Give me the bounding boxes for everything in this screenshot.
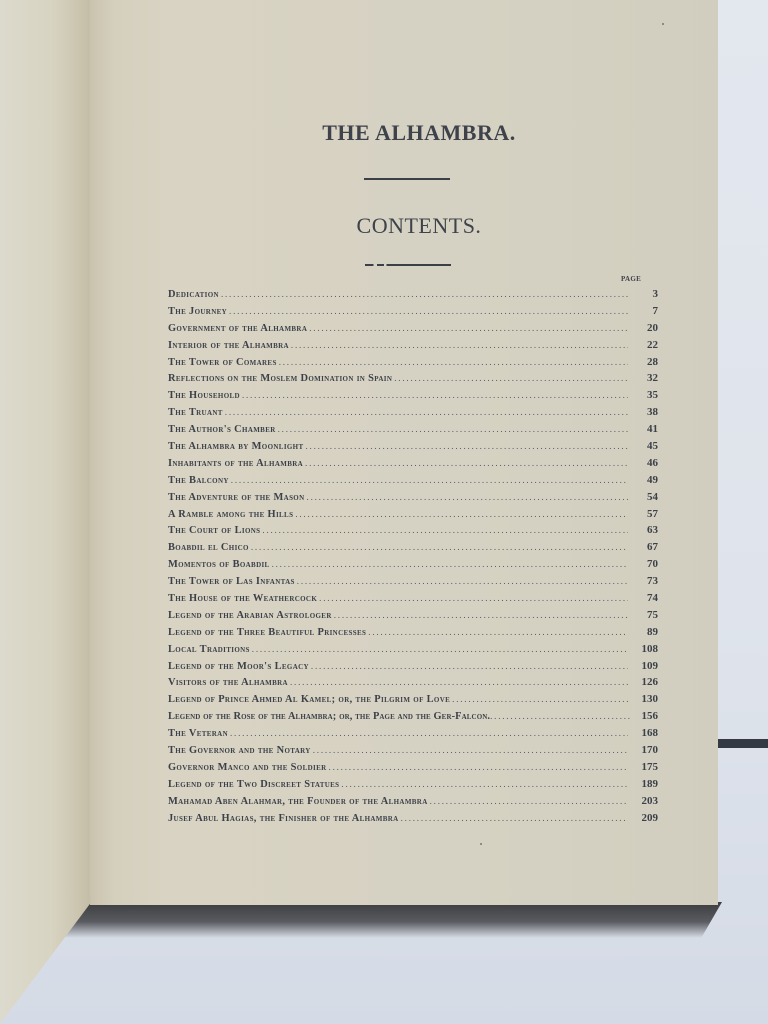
toc-entry-page: 73 [630, 575, 658, 587]
leader-dots [452, 694, 628, 704]
toc-entry: Jusef Abul Hagias, the Finisher of the A… [168, 812, 658, 829]
toc-entry-title: The Truant [168, 407, 223, 418]
toc-entry-page: 49 [630, 474, 658, 486]
toc-entry-title: The Adventure of the Mason [168, 492, 305, 503]
book-title: THE ALHAMBRA. [90, 120, 718, 146]
toc-entry-page: 74 [630, 592, 658, 604]
toc-entry: Legend of the Two Discreet Statues189 [168, 778, 658, 795]
toc-entry: The Tower of Comares28 [168, 356, 658, 373]
toc-entry-page: 22 [630, 339, 658, 351]
toc-entry-page: 175 [630, 761, 658, 773]
leader-dots [313, 745, 628, 755]
toc-entry-page: 3 [630, 288, 658, 300]
toc-entry-title: The Court of Lions [168, 525, 260, 536]
toc-entry-title: Local Traditions [168, 644, 250, 655]
leader-dots [231, 475, 628, 485]
book-page: THE ALHAMBRA. CONTENTS. PAGE Dedication3… [90, 0, 718, 905]
toc-entry-page: 67 [630, 541, 658, 553]
toc-entry-title: Mahamad Aben Alahmar, the Founder of the… [168, 796, 428, 807]
toc-entry-title: The Veteran [168, 728, 228, 739]
toc-entry: Legend of Prince Ahmed Al Kamel; or, the… [168, 693, 658, 710]
toc-entry: Inhabitants of the Alhambra46 [168, 457, 658, 474]
toc-entry-title: Visitors of the Alhambra [168, 677, 288, 688]
page-column-label: PAGE [621, 275, 641, 283]
toc-entry-page: 57 [630, 508, 658, 520]
toc-entry-page: 45 [630, 440, 658, 452]
toc-entry-page: 20 [630, 322, 658, 334]
leader-dots [430, 796, 628, 806]
leader-dots [229, 306, 628, 316]
leader-dots [311, 661, 628, 671]
toc-entry: Reflections on the Moslem Domination in … [168, 372, 658, 389]
toc-entry: The Tower of Las Infantas73 [168, 575, 658, 592]
leader-dots [295, 509, 628, 519]
leader-dots [278, 424, 628, 434]
leader-dots [334, 610, 628, 620]
paper-speck [662, 23, 664, 25]
toc-entry-page: 41 [630, 423, 658, 435]
leader-dots [490, 711, 630, 721]
leader-dots [401, 813, 628, 823]
table-of-contents: Dedication3 The Journey7 Government of t… [168, 288, 658, 829]
toc-entry-title: Legend of the Arabian Astrologer [168, 610, 332, 621]
leader-dots [319, 593, 628, 603]
toc-entry-page: 108 [630, 643, 658, 655]
toc-entry: The Balcony49 [168, 474, 658, 491]
leader-dots [290, 677, 628, 687]
facing-page-left [0, 0, 92, 1024]
title-rule [364, 178, 450, 180]
toc-entry-page: 70 [630, 558, 658, 570]
toc-entry-title: The Governor and the Notary [168, 745, 311, 756]
toc-entry-page: 89 [630, 626, 658, 638]
toc-entry: Mahamad Aben Alahmar, the Founder of the… [168, 795, 658, 812]
leader-dots [291, 340, 628, 350]
toc-entry-page: 130 [630, 693, 658, 705]
toc-entry-title: Governor Manco and the Soldier [168, 762, 327, 773]
leader-dots [272, 559, 628, 569]
heading-rule [365, 264, 451, 266]
toc-entry: Legend of the Rose of the Alhambra; or, … [168, 710, 658, 727]
leader-dots [309, 323, 628, 333]
toc-entry-title: The Balcony [168, 475, 229, 486]
toc-entry: The Author's Chamber41 [168, 423, 658, 440]
toc-entry-page: 189 [630, 778, 658, 790]
toc-entry-title: Legend of the Moor's Legacy [168, 661, 309, 672]
leader-dots [221, 289, 628, 299]
toc-entry-page: 209 [630, 812, 658, 824]
toc-entry-page: 46 [630, 457, 658, 469]
leader-dots [341, 779, 628, 789]
toc-entry-page: 203 [630, 795, 658, 807]
leader-dots [225, 407, 628, 417]
toc-entry-title: Interior of the Alhambra [168, 340, 289, 351]
toc-entry-title: The House of the Weathercock [168, 593, 317, 604]
leader-dots [252, 644, 628, 654]
toc-entry: Legend of the Three Beautiful Princesses… [168, 626, 658, 643]
paper-speck [480, 843, 482, 845]
toc-entry-page: 126 [630, 676, 658, 688]
toc-entry-title: Legend of Prince Ahmed Al Kamel; or, the… [168, 694, 450, 705]
toc-entry-page: 63 [630, 524, 658, 536]
leader-dots [306, 441, 629, 451]
toc-entry-page: 168 [630, 727, 658, 739]
toc-entry: The Governor and the Notary170 [168, 744, 658, 761]
toc-entry: The Court of Lions63 [168, 524, 658, 541]
toc-entry-title: Boabdil el Chico [168, 542, 249, 553]
toc-entry: Government of the Alhambra20 [168, 322, 658, 339]
toc-entry-page: 32 [630, 372, 658, 384]
leader-dots [307, 492, 628, 502]
toc-entry-page: 38 [630, 406, 658, 418]
toc-entry-title: The Tower of Las Infantas [168, 576, 295, 587]
toc-entry: Visitors of the Alhambra126 [168, 676, 658, 693]
leader-dots [368, 627, 628, 637]
toc-entry-title: Legend of the Two Discreet Statues [168, 779, 339, 790]
toc-entry-title: The Tower of Comares [168, 357, 277, 368]
toc-entry-title: The Household [168, 390, 240, 401]
toc-entry: The Journey7 [168, 305, 658, 322]
toc-entry-title: Reflections on the Moslem Domination in … [168, 373, 392, 384]
leader-dots [394, 373, 628, 383]
toc-entry: The House of the Weathercock74 [168, 592, 658, 609]
toc-entry-page: 28 [630, 356, 658, 368]
toc-entry-page: 75 [630, 609, 658, 621]
toc-entry: Boabdil el Chico67 [168, 541, 658, 558]
toc-entry: Dedication3 [168, 288, 658, 305]
toc-entry: Legend of the Arabian Astrologer75 [168, 609, 658, 626]
toc-entry-title: Momentos of Boabdil [168, 559, 270, 570]
toc-entry-title: The Author's Chamber [168, 424, 276, 435]
toc-entry-title: The Journey [168, 306, 227, 317]
toc-entry-page: 54 [630, 491, 658, 503]
leader-dots [230, 728, 628, 738]
toc-entry: Legend of the Moor's Legacy109 [168, 660, 658, 677]
toc-entry-title: A Ramble among the Hills [168, 509, 293, 520]
leader-dots [262, 525, 628, 535]
toc-entry-title: Jusef Abul Hagias, the Finisher of the A… [168, 813, 399, 824]
toc-entry: The Truant38 [168, 406, 658, 423]
toc-entry: The Adventure of the Mason54 [168, 491, 658, 508]
leader-dots [297, 576, 628, 586]
toc-entry: The Household35 [168, 389, 658, 406]
background-object [712, 739, 768, 748]
leader-dots [329, 762, 628, 772]
page-shadow [61, 902, 722, 938]
toc-entry-title: Legend of the Three Beautiful Princesses [168, 627, 366, 638]
toc-entry-title: The Alhambra by Moonlight [168, 441, 304, 452]
toc-entry-title: Legend of the Rose of the Alhambra; or, … [168, 711, 490, 722]
toc-entry-page: 7 [630, 305, 658, 317]
toc-entry: Governor Manco and the Soldier175 [168, 761, 658, 778]
toc-entry-page: 170 [630, 744, 658, 756]
leader-dots [242, 390, 628, 400]
toc-entry: Interior of the Alhambra22 [168, 339, 658, 356]
toc-entry: The Alhambra by Moonlight45 [168, 440, 658, 457]
toc-entry: Local Traditions108 [168, 643, 658, 660]
contents-heading: CONTENTS. [90, 213, 718, 239]
leader-dots [251, 542, 628, 552]
toc-entry: The Veteran168 [168, 727, 658, 744]
toc-entry-title: Dedication [168, 289, 219, 300]
toc-entry: A Ramble among the Hills57 [168, 508, 658, 525]
toc-entry: Momentos of Boabdil70 [168, 558, 658, 575]
leader-dots [279, 357, 628, 367]
toc-entry-page: 109 [630, 660, 658, 672]
toc-entry-title: Government of the Alhambra [168, 323, 307, 334]
toc-entry-page: 35 [630, 389, 658, 401]
toc-entry-title: Inhabitants of the Alhambra [168, 458, 303, 469]
toc-entry-page: 156 [630, 710, 658, 722]
leader-dots [305, 458, 628, 468]
